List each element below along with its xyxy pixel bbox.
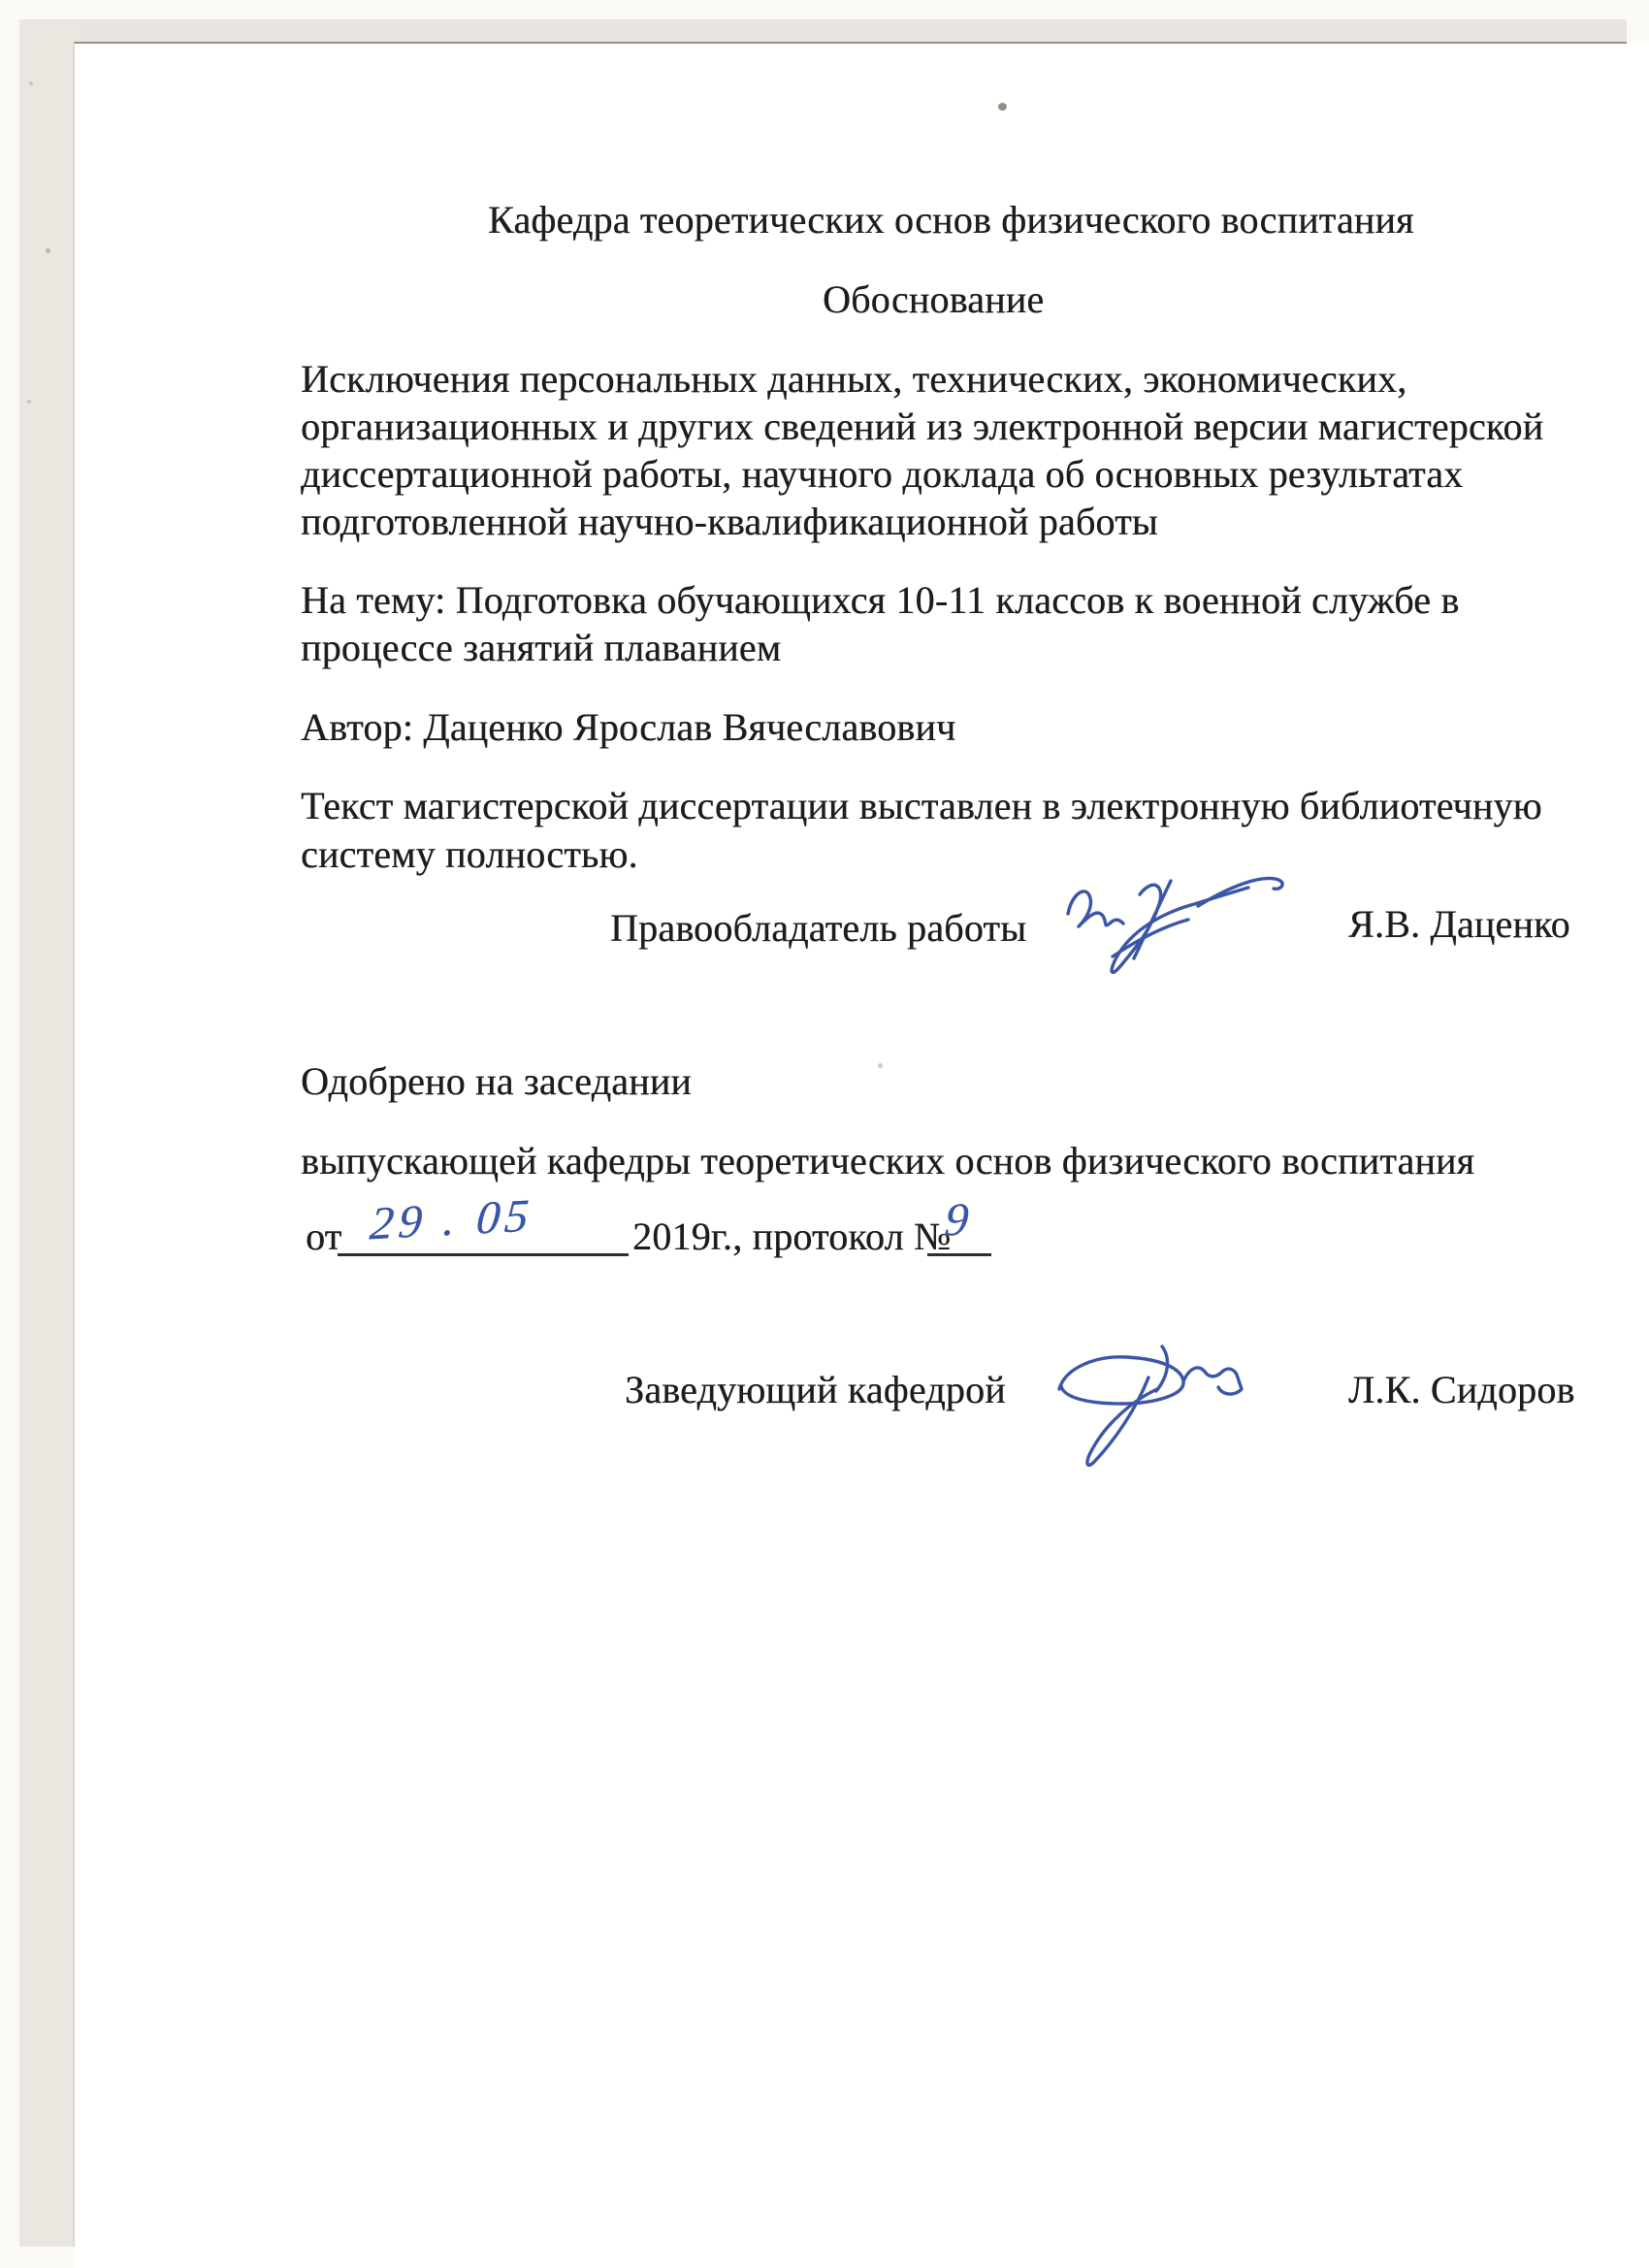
scan-border-left [19,19,74,2247]
approval-line: Одобрено на заседании [301,1059,692,1104]
author-signature-icon [1052,863,1305,989]
author-line: Автор: Даценко Ярослав Вячеславович [301,705,955,750]
head-signature-icon [1038,1339,1261,1479]
handwritten-date: 29 . 05 [368,1193,534,1248]
justification-line: организационных и других сведений из эле… [301,405,1543,449]
handwritten-protocol-number: 9 [943,1196,975,1244]
rights-holder-name: Я.В. Даценко [1348,902,1570,947]
justification-line: подготовленной научно-квалификационной р… [301,500,1158,544]
scan-speck [46,248,50,253]
department-title: Кафедра теоретических основ физического … [488,198,1414,243]
scanned-document: { "document": { "text_color": "#1d1d20",… [0,0,1649,2268]
topic-line: На тему: Подготовка обучающихся 10-11 кл… [301,578,1459,623]
date-blank-underline [338,1253,629,1256]
date-prefix: от [306,1215,341,1259]
justification-line: Исключения персональных данных, техничес… [301,357,1406,402]
head-of-department-name: Л.К. Сидоров [1348,1368,1575,1412]
protocol-blank-underline [927,1253,991,1256]
justification-line: диссертационной работы, научного доклада… [301,452,1463,497]
approval-line: выпускающей кафедры теоретических основ … [301,1139,1474,1183]
scan-speck [998,103,1007,111]
heading: Обоснование [823,277,1044,322]
page-edge-shadow [74,42,1627,44]
topic-line: процессе занятий плаванием [301,626,781,670]
scan-border-top [19,19,1627,43]
rights-holder-label: Правообладатель работы [610,906,1026,951]
scan-speck [878,1063,883,1068]
head-of-department-label: Заведующий кафедрой [625,1368,1006,1412]
statement-line: систему полностью. [301,832,638,877]
page-edge-highlight [73,43,75,2247]
scan-speck [27,400,31,404]
statement-line: Текст магистерской диссертации выставлен… [301,784,1542,828]
scan-speck [29,81,33,85]
date-suffix: 2019г., протокол № [632,1215,951,1259]
